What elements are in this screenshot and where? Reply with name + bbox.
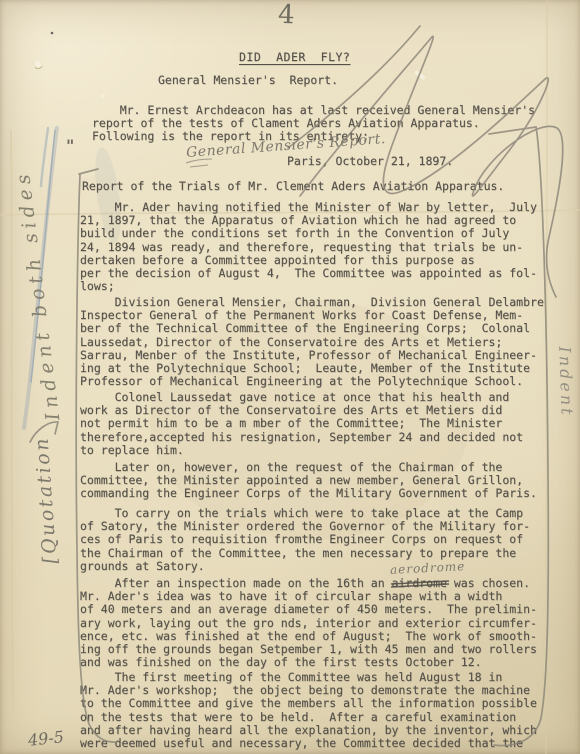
report-paragraph-4: Later on, however, on the request of the… [80, 461, 537, 501]
margin-note-right-indent: Indent [555, 346, 576, 418]
document-page: 4 DID ADER FLY? General Mensier's Report… [0, 0, 580, 754]
insert-underline-2 [190, 165, 208, 167]
margin-note-quotation: [Quotation [31, 435, 62, 564]
paper-speck [51, 32, 54, 35]
page-edge-shadow [11, 130, 13, 710]
pinhole [35, 61, 41, 67]
fold-crease-vertical [546, 0, 547, 754]
margin-note-indent-both-sides: Indent both sides [12, 168, 65, 421]
report-paragraph-7: The first meeting of the Committee was h… [80, 671, 537, 750]
correction-aerodrome: aerodrome [390, 559, 466, 577]
paper-scratch [414, 70, 426, 81]
pinhole-small [101, 94, 105, 98]
pinhole-shadow [35, 66, 42, 69]
dateline: Paris, October 21, 1897. [287, 155, 453, 168]
blue-pencil-tick [41, 128, 48, 186]
report-heading: Report of the Trials of Mr. Clement Ader… [82, 180, 504, 193]
document-subtitle: General Mensier's Report. [158, 74, 338, 87]
page-number: 4 [277, 0, 295, 30]
report-paragraph-1: Mr. Ader having notified the Minister of… [80, 201, 537, 293]
document-title: DID ADER FLY? [239, 51, 350, 64]
bottom-left-code: 49-5 [27, 727, 65, 750]
report-paragraph-2: Division General Mensier, Chairman, Divi… [80, 296, 544, 388]
report-paragraph-6: After an inspection made on the 16th an … [80, 577, 537, 669]
report-paragraph-3: Colonel Laussedat gave notice at once th… [80, 391, 523, 457]
quote-mark-annotation: " [66, 136, 74, 155]
left-bracket-top [79, 169, 98, 174]
